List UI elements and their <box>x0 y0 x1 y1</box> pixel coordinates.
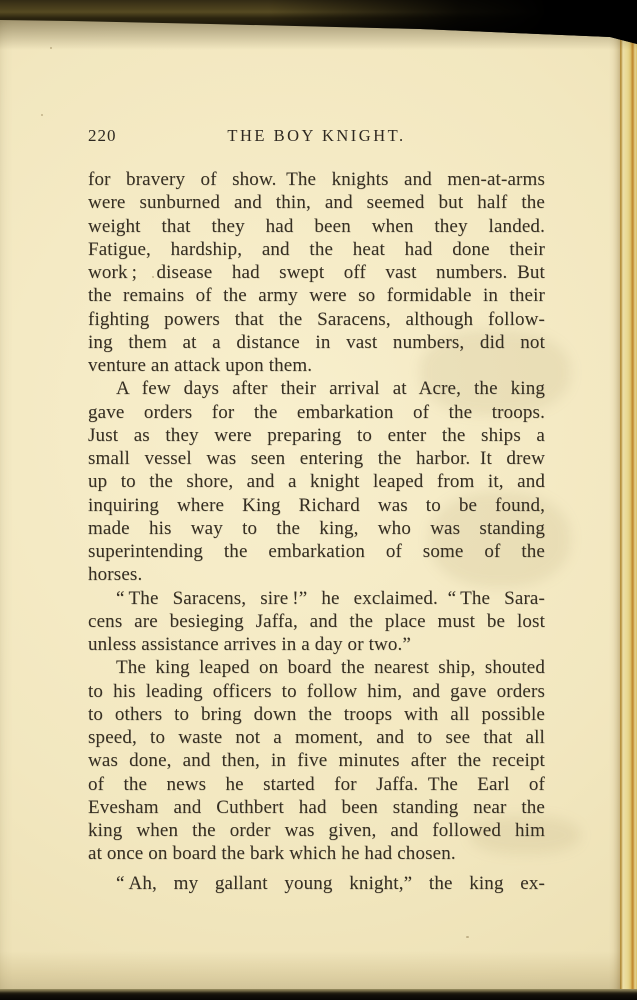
paper-speck <box>41 114 43 116</box>
text-line: king when the order was given, and follo… <box>88 819 545 842</box>
text-line: up to the shore, and a knight leaped fro… <box>88 470 545 493</box>
text-line: to others to bring down the troops with … <box>88 703 545 726</box>
book-scan: 220 THE BOY KNIGHT. for bravery of show.… <box>0 0 637 1000</box>
text-line: Just as they were preparing to enter the… <box>88 424 545 447</box>
text-line: horses. <box>88 563 545 586</box>
paragraph: for bravery of show. The knights and men… <box>88 168 545 377</box>
text-line: “ The Saracens, sire !” he exclaimed. “ … <box>88 587 545 610</box>
text-line: venture an attack upon them. <box>88 354 545 377</box>
paragraph: A few days after their arrival at Acre, … <box>88 377 545 586</box>
text-line: Fatigue, hardship, and the heat had done… <box>88 238 545 261</box>
text-line: small vessel was seen entering the harbo… <box>88 447 545 470</box>
paragraph: “ The Saracens, sire !” he exclaimed. “ … <box>88 587 545 657</box>
text-line: of the news he started for Jaffa. The Ea… <box>88 773 545 796</box>
running-header: 220 THE BOY KNIGHT. <box>88 126 545 146</box>
text-line: inquiring where King Richard was to be f… <box>88 494 545 517</box>
text-line: speed, to waste not a moment, and to see… <box>88 726 545 749</box>
page-fore-edge <box>620 0 637 992</box>
text-line: weight that they had been when they land… <box>88 215 545 238</box>
text-line: fighting powers that the Saracens, altho… <box>88 308 545 331</box>
paragraph: The king leaped on board the nearest shi… <box>88 656 545 865</box>
text-line: superintending the embarkation of some o… <box>88 540 545 563</box>
text-line: work ; disease had swept off vast number… <box>88 261 545 284</box>
text-line: was done, and then, in five minutes afte… <box>88 749 545 772</box>
text-line: Evesham and Cuthbert had been standing n… <box>88 796 545 819</box>
page-curl-shadow <box>0 951 621 989</box>
text-line: gave orders for the embarkation of the t… <box>88 401 545 424</box>
text-line: cens are besieging Jaffa, and the place … <box>88 610 545 633</box>
book-page: 220 THE BOY KNIGHT. for bravery of show.… <box>0 0 621 1000</box>
text-line: made his way to the king, who was standi… <box>88 517 545 540</box>
text-line: at once on board the bark which he had c… <box>88 842 545 865</box>
scan-bottom-band <box>0 989 637 1000</box>
text-line: A few days after their arrival at Acre, … <box>88 377 545 400</box>
text-line: unless assistance arrives in a day or tw… <box>88 633 545 656</box>
text-line: ing them at a distance in vast numbers, … <box>88 331 545 354</box>
running-title: THE BOY KNIGHT. <box>88 126 545 146</box>
text-line: to his leading officers to follow him, a… <box>88 680 545 703</box>
text-line: for bravery of show. The knights and men… <box>88 168 545 191</box>
text-line: The king leaped on board the nearest shi… <box>88 656 545 679</box>
paragraph: “ Ah, my gallant young knight,” the king… <box>88 872 545 895</box>
text-line: “ Ah, my gallant young knight,” the king… <box>88 872 545 895</box>
text-line: were sunburned and thin, and seemed but … <box>88 191 545 214</box>
text-column: 220 THE BOY KNIGHT. for bravery of show.… <box>88 126 545 895</box>
text-line: the remains of the army were so formidab… <box>88 284 545 307</box>
page-body: for bravery of show. The knights and men… <box>88 168 545 895</box>
paper-speck <box>466 936 469 938</box>
